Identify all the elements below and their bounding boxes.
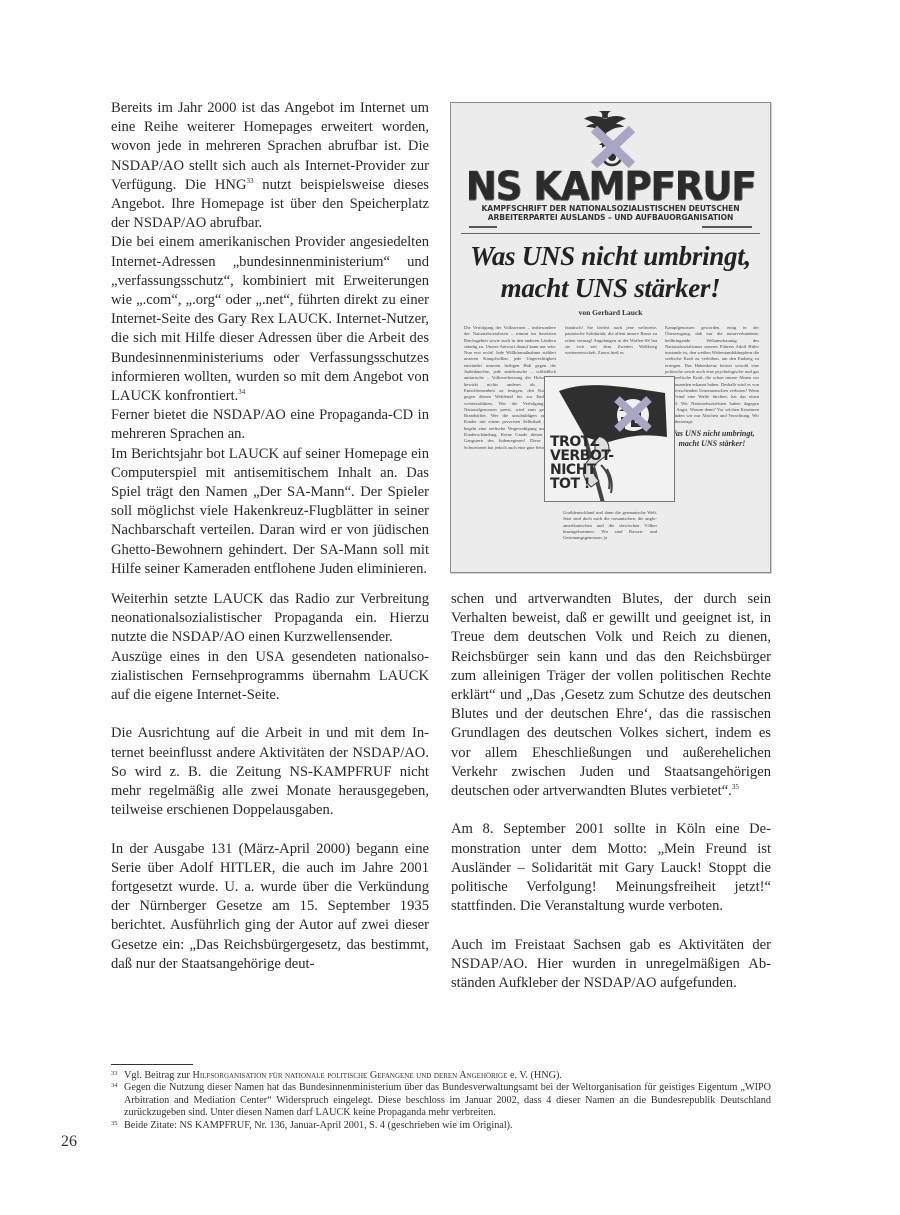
footnote-ref[interactable]: 33 xyxy=(247,177,254,185)
footnote-divider xyxy=(111,1064,193,1065)
flag-slogan-line: TOT ! xyxy=(550,477,614,491)
footnote-number: 34 xyxy=(111,1082,118,1090)
issue-date xyxy=(702,226,752,228)
newspaper-body-column: Kampfgenossen geworden, einig in der Übe… xyxy=(665,325,759,449)
footnote-text: Vgl. Beitrag zur xyxy=(124,1070,192,1081)
footnote: 35 Beide Zitate: NS KAMPFRUF, Nr. 136, J… xyxy=(111,1120,771,1132)
censor-x-mark-icon xyxy=(613,395,653,433)
footnote-text: e. V. (HNG). xyxy=(507,1070,562,1081)
issue-number xyxy=(469,226,497,228)
paragraph-text: Die bei einem amerikanischen Provider an… xyxy=(111,234,429,404)
left-column-top: Bereits im Jahr 2000 ist das Angebot im … xyxy=(111,99,429,579)
paragraph: Auszüge eines in den USA gesendeten nati… xyxy=(111,648,429,706)
flag-slogan-line: VERBOT- xyxy=(550,449,614,463)
footnote-text: Beide Zitate: NS KAMPFRUF, Nr. 136, Janu… xyxy=(124,1120,513,1131)
newspaper-subtitle: ARBEITERPARTEI AUSLANDS – UND AUFBAUORGA… xyxy=(451,213,770,222)
paragraph: Ferner bietet die NSDAP/AO eine Propagan… xyxy=(111,406,429,444)
closing-slogan-line: Was UNS nicht umbringt, xyxy=(665,429,759,439)
newspaper-body-text: Kampfgenossen geworden, einig in der Übe… xyxy=(665,325,759,426)
newspaper-byline: von Gerhard Lauck xyxy=(451,308,770,317)
footnote: 33 Vgl. Beitrag zur Hilfsorganisation fü… xyxy=(111,1070,771,1082)
paragraph: In der Ausgabe 131 (März-April 2000) beg… xyxy=(111,840,429,974)
flag-slogan-line: NICHT xyxy=(550,463,614,477)
paragraph: Weiterhin setzte LAUCK das Radio zur Ver… xyxy=(111,590,429,648)
newspaper-figure: NS KAMPFRUF KAMPFSCHRIFT DER NATIONALSOZ… xyxy=(450,102,771,573)
paragraph: Die Ausrichtung auf die Arbeit in und mi… xyxy=(111,724,429,820)
footnotes: 33 Vgl. Beitrag zur Hilfsorganisation fü… xyxy=(111,1070,771,1132)
censor-x-mark-icon xyxy=(590,125,636,169)
closing-slogan-line: macht UNS stärker! xyxy=(665,439,759,449)
flag-slogan-line: TROTZ xyxy=(550,435,614,449)
footnote-number: 33 xyxy=(111,1070,118,1078)
paragraph: Auch im Freistaat Sachsen gab es Aktivit… xyxy=(451,936,771,994)
left-column-bottom: Weiterhin setzte LAUCK das Radio zur Ver… xyxy=(111,590,429,974)
paragraph: schen und artverwandten Blutes, der durc… xyxy=(451,590,771,801)
newspaper-headline: macht UNS stärker! xyxy=(451,273,770,304)
footnote-ref[interactable]: 35 xyxy=(732,783,739,791)
paragraph-text: schen und artverwandten Blutes, der durc… xyxy=(451,591,771,799)
newspaper-masthead: NS KAMPFRUF xyxy=(451,164,770,209)
footnote-text: Gegen die Nutzung dieser Namen hat das B… xyxy=(124,1082,771,1118)
paragraph: Am 8. September 2001 sollte in Köln eine… xyxy=(451,820,771,916)
newspaper-body-column: Großdeutschland und dann die germanische… xyxy=(563,510,657,541)
newspaper-headline: Was UNS nicht umbringt, xyxy=(451,241,770,272)
paragraph: Im Berichtsjahr bot LAUCK auf seiner Hom… xyxy=(111,445,429,579)
footnote-organization: Hilfsorganisation für nationale politisc… xyxy=(192,1070,507,1081)
paragraph: Die bei einem amerikanischen Provider an… xyxy=(111,233,429,406)
newspaper-body-column: Die Verfolgung der Volkstreuen – insbeso… xyxy=(464,325,556,451)
footnote-number: 35 xyxy=(111,1120,118,1128)
footnote-ref[interactable]: 34 xyxy=(238,388,245,396)
newspaper-subtitle: KAMPFSCHRIFT DER NATIONALSOZIALISTISCHEN… xyxy=(451,204,770,213)
issue-info-row xyxy=(469,224,752,230)
flag-illustration: TROTZ VERBOT- NICHT TOT ! xyxy=(544,376,675,502)
divider xyxy=(461,233,760,234)
paragraph: Bereits im Jahr 2000 ist das Angebot im … xyxy=(111,99,429,233)
flag-slogan: TROTZ VERBOT- NICHT TOT ! xyxy=(550,435,614,491)
page-number: 26 xyxy=(61,1133,77,1151)
closing-slogan: Was UNS nicht umbringt, macht UNS stärke… xyxy=(665,429,759,449)
footnote: 34 Gegen die Nutzung dieser Namen hat da… xyxy=(111,1082,771,1119)
newspaper-body-column: fanatisch! Sie fördert auch jene weltwei… xyxy=(565,325,657,356)
right-column-bottom: schen und artverwandten Blutes, der durc… xyxy=(451,590,771,993)
